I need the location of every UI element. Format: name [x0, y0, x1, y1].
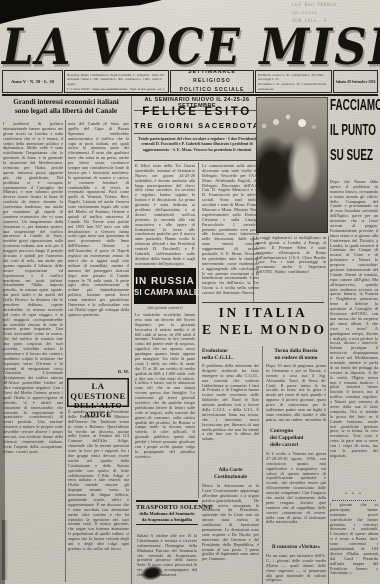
subhead-cappellani: Convegno dei Cappellani delle carceri [270, 428, 326, 448]
masthead-title: LA VOCE MISENA [2, 18, 378, 73]
headline-russia-line2: SI CAMPA MALE [134, 288, 196, 297]
headline-alto-adige: LA QUESTIONE DELL'ALTO ADIGE [67, 378, 129, 407]
subhead-cgil-line2: nella C.G.I.L. [202, 355, 259, 362]
headline-suez-line1: FACCIAMO [330, 98, 360, 114]
admin-line: C. C. Post. 8/2547 - Vaglia alla Amminis… [67, 87, 166, 92]
masthead-rule [2, 94, 378, 96]
headline-italia-mondo-line1: IN ITALIA [202, 305, 324, 322]
alto-adige-line1: LA QUESTIONE [68, 381, 128, 401]
stamp-line: LLI Don FRANCO [292, 2, 378, 10]
column-rule [131, 96, 132, 584]
deck-tre-giorni: Totale partecipazione del clero secolare… [134, 133, 260, 161]
russia-credit-line: (dai giornali sovietici) [134, 306, 196, 310]
subhead-corte-line1: Alla Corte [202, 467, 259, 474]
subhead-torna-russia: Torna dalla Russia un rudere di uomo [266, 348, 326, 362]
article-tre-giorni-col2: Le comunicazioni sulle attività diocesan… [202, 164, 259, 302]
article-veritas-body: Da un anno, per iniziativa dell'A. C., i… [266, 554, 326, 582]
trasporto-sub2: da Scapezzano a Senigallia [136, 517, 198, 523]
column-rule [65, 120, 66, 582]
subhead-cgil-line1: Evoluzione [202, 348, 259, 355]
stamp-line: Cp.sssss [292, 10, 378, 18]
headline-canale-line1: Grandi interessi economici italiani [2, 98, 130, 107]
article-torna-body: Dopo 10 anni di prigionia, prima in Germ… [266, 364, 326, 424]
article-cappellani-body: Si è svolto a Venezia nei giorni 27-28-2… [266, 452, 326, 540]
column-rule [262, 346, 263, 584]
article-canale-col2: nota del Canale di Suez, per quella del … [68, 122, 129, 368]
weekly-subtitle-box: SETTIMANALE RELIGIOSO POLITICO SOCIALE [170, 70, 254, 93]
ads-line: Pubblicità: cronaca L. 50 - commerciali … [258, 73, 329, 83]
advertising-rates-box: Pubblicità: cronaca L. 50 - commerciali … [255, 70, 332, 93]
headline-suez-line3: SU SUEZ [330, 148, 360, 164]
article-corte-body: Dietro la discussione se la Corte Costit… [202, 484, 259, 582]
article-canale-signature: R. M. [68, 369, 129, 374]
headline-russia: IN RUSSIA SI CAMPA MALE [134, 268, 196, 304]
issue-number-box: Anno V - N. 39 - L. 20 [2, 70, 63, 93]
weekly-subtitle-line: POLITICO SOCIALE [171, 86, 253, 93]
admin-line: Abbonam.: annuo L. 500 - semestrale L. 3… [67, 77, 166, 87]
headline-suez-line2: IL PUNTO [330, 123, 360, 139]
subhead-corte-line2: Costituzionale [202, 474, 259, 481]
subheadline-tre-giorni: TRE GIORNI SACERDOTALE [134, 121, 260, 130]
subhead-torna-line2: un rudere di uomo [266, 355, 326, 362]
trasporto-title: TRASPORTO SOLENNE [136, 504, 198, 511]
article-alto-adige-body: Il quindici settembre il Presidente dell… [68, 410, 129, 580]
ads-line: Un numero L. 20 - arretrato L. 30 - I ma… [258, 82, 329, 92]
subhead-cappellani-line1: Convegno [270, 428, 326, 435]
newspaper-page: LLI Don FRANCO Cp.sssss SEN.CALL. 5 LA V… [0, 0, 380, 584]
section-divider: • • • [330, 492, 378, 497]
article-cronaca-body: I viaggi diplomatici si moltiplicano in … [256, 236, 326, 300]
headline-italia-mondo: IN ITALIA E NEL MONDO [202, 305, 324, 339]
article-suez-body: Dopo che Nasser ebbe aperto il problema … [330, 180, 378, 490]
weekly-subtitle-line: SETTIMANALE RELIGIOSO [171, 70, 253, 86]
headline-trasporto: TRASPORTO SOLENNE della Madonna del Semi… [136, 500, 198, 525]
trasporto-sub1: della Madonna del Seminario [136, 511, 198, 517]
subhead-corte: Alla Corte Costituzionale [202, 467, 259, 481]
subhead-torna-line1: Torna dalla Russia [266, 348, 326, 355]
article-veritas-continuation: I giovani che vi partecipano hanno soste… [330, 503, 378, 583]
subhead-veritas: Il concorso «Veritas» [266, 544, 326, 551]
article-tre-giorni-col1: Il felice esito della Tre Giorni sacerdo… [135, 164, 195, 266]
dotted-divider [332, 499, 376, 501]
subhead-cappellani-line3: delle carceri [270, 442, 326, 449]
headline-canale: Grandi interessi economici italiani sono… [2, 98, 130, 117]
headline-canale-line2: sono legati alla libertà del Canale [2, 107, 130, 116]
headline-suez: FACCIAMO IL PUNTO SU SUEZ [330, 98, 378, 164]
article-russia-body: Le statistiche sovietiche hanno reso not… [135, 313, 195, 497]
headline-russia-line1: IN RUSSIA [134, 276, 196, 287]
column-rule [198, 162, 199, 498]
ads-line: Autorizz. Trib. di Ancona N. 14 del 2-2-… [258, 92, 329, 93]
subhead-cgil: Evoluzione nella C.G.I.L. [202, 348, 259, 362]
headline-tre-giorni: FELICE ESITO [134, 106, 260, 118]
ink-smudge [2, 520, 8, 580]
group-photo [256, 97, 328, 233]
article-cgil-body: Il problema della rielezione dei dirigen… [202, 364, 259, 464]
date-box: Sabato 29 Settembre 1956 [333, 70, 378, 93]
article-canale-col1: I problemi di politica internazionale ha… [3, 122, 63, 580]
headline-italia-mondo-line2: E NEL MONDO [202, 322, 324, 339]
subhead-cappellani-line2: dei Cappellani [270, 435, 326, 442]
column-rule [328, 236, 329, 584]
section-rule [202, 302, 324, 303]
administration-box: Direzione, Redaz. e Amministraz.: Piazza… [64, 70, 169, 93]
